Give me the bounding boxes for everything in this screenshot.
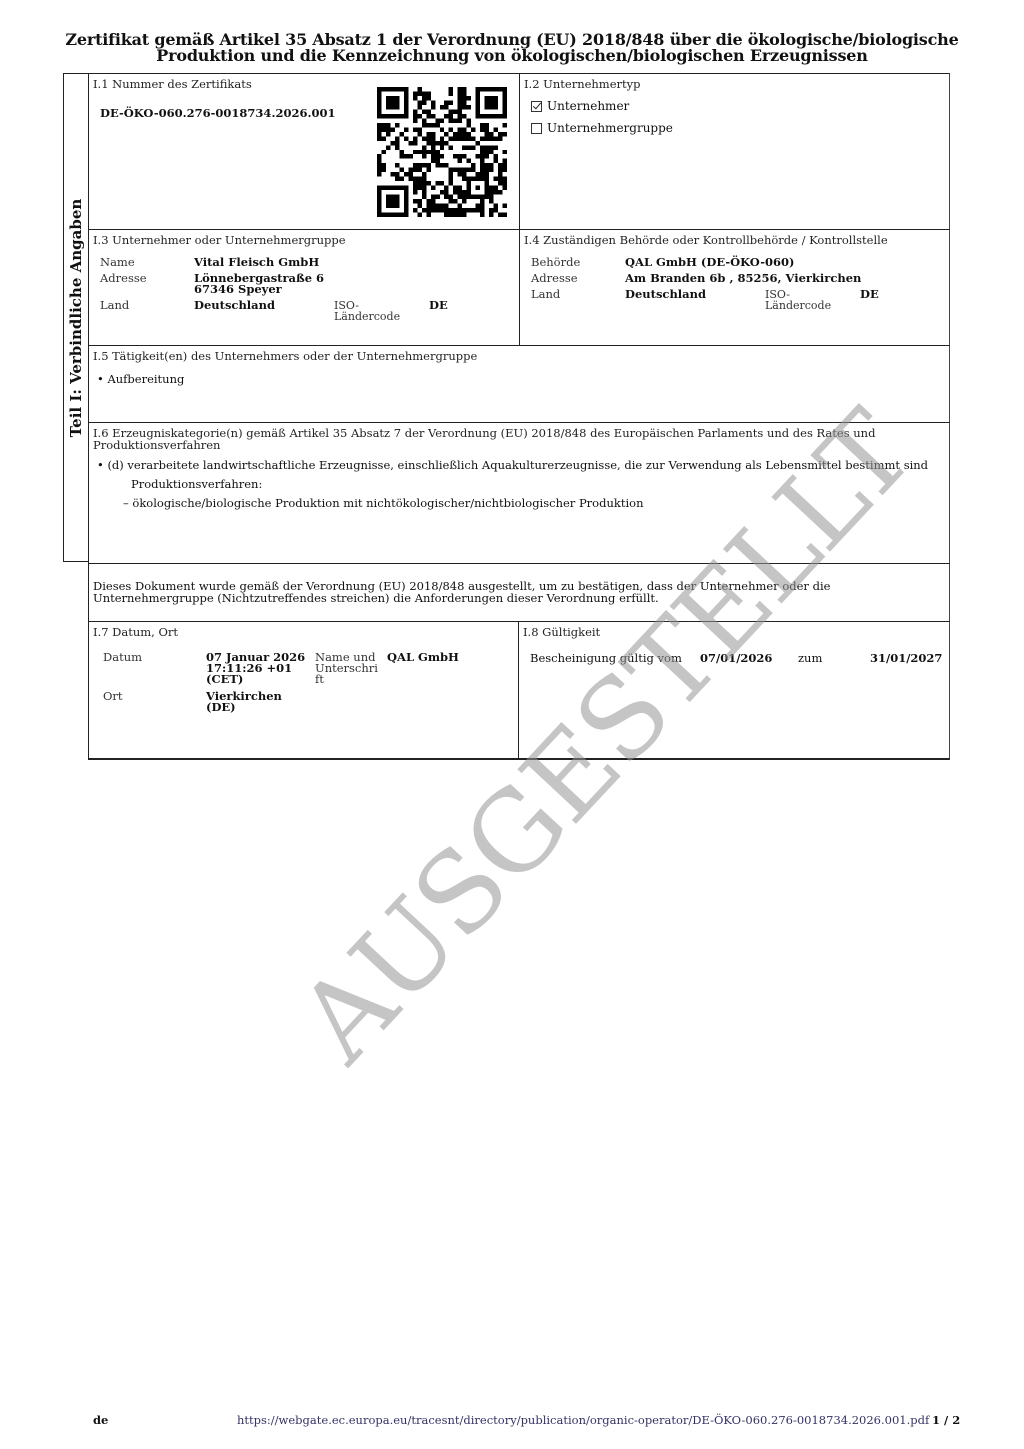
section-date-place: I.7 Datum, Ort Datum 07 Januar 2026 17:1…: [89, 622, 518, 758]
section-heading: I.5 Tätigkeit(en) des Unternehmers oder …: [93, 350, 945, 363]
page-indicator: 1 / 2: [932, 1413, 960, 1427]
production-method-label: Produktionsverfahren:: [131, 478, 945, 491]
country-label: Land: [100, 300, 194, 322]
operator-details: Name Vital Fleisch GmbH Adresse Lönneber…: [100, 257, 515, 322]
address-line-2: 67346 Speyer: [194, 284, 515, 295]
section-heading: I.6 Erzeugniskategorie(n) gemäß Artikel …: [93, 427, 945, 451]
issue-date: 07 Januar 2026 17:11:26 +01 (CET): [206, 652, 315, 685]
option-label: Unternehmer: [547, 99, 629, 113]
footer-url-link[interactable]: https://webgate.ec.europa.eu/tracesnt/di…: [237, 1413, 929, 1427]
operator-name: Vital Fleisch GmbH: [194, 257, 515, 268]
country-label: Land: [531, 289, 625, 311]
date-place-details: Datum 07 Januar 2026 17:11:26 +01 (CET) …: [103, 652, 514, 713]
side-band-label: Teil I: Verbindliche Angaben: [67, 198, 85, 437]
valid-from-date: 07/01/2026: [700, 651, 798, 665]
section-heading: I.8 Gültigkeit: [523, 626, 945, 639]
date-label: Datum: [103, 652, 206, 685]
address-label: Adresse: [100, 273, 194, 295]
option-label: Unternehmergruppe: [547, 121, 673, 135]
row-activities: I.5 Tätigkeit(en) des Unternehmers oder …: [88, 345, 950, 422]
product-category-list: • (d) verarbeitete landwirtschaftliche E…: [97, 459, 945, 510]
qr-code-icon: [377, 87, 507, 217]
validity-period: Bescheinigung gültig vom 07/01/2026 zum …: [530, 651, 945, 665]
checkbox-unchecked-icon: [531, 123, 542, 134]
certificate-table: I.1 Nummer des Zertifikats DE-ÖKO-060.27…: [88, 73, 950, 760]
valid-from-label: Bescheinigung gültig vom: [530, 651, 700, 665]
iso-label: ISO- Ländercode: [334, 300, 429, 322]
section-certificate-number: I.1 Nummer des Zertifikats DE-ÖKO-060.27…: [89, 74, 519, 229]
authority-country: Deutschland: [625, 289, 765, 311]
option-operator-group: Unternehmergruppe: [531, 121, 945, 135]
title-line-2: Produktion und die Kennzeichnung von öko…: [40, 48, 984, 64]
checkbox-checked-icon: [531, 101, 542, 112]
section-product-categories: I.6 Erzeugniskategorie(n) gemäß Artikel …: [89, 423, 949, 563]
operator-address: Lönnebergastraße 6 67346 Speyer: [194, 273, 515, 295]
certificate-statement: Dieses Dokument wurde gemäß der Verordnu…: [89, 564, 949, 621]
section-heading: I.3 Unternehmer oder Unternehmergruppe: [93, 234, 515, 247]
issue-place: Vierkirchen (DE): [206, 691, 514, 713]
row-statement: Dieses Dokument wurde gemäß der Verordnu…: [88, 563, 950, 621]
footer-language: de: [93, 1413, 108, 1427]
row-operator-authority: I.3 Unternehmer oder Unternehmergruppe N…: [88, 229, 950, 345]
option-operator: Unternehmer: [531, 99, 945, 113]
operator-country: Deutschland: [194, 300, 334, 322]
production-method-value: – ökologische/biologische Produktion mit…: [123, 497, 945, 510]
section-operator-type: I.2 Unternehmertyp Unternehmer Unternehm…: [519, 74, 949, 229]
name-label: Name: [100, 257, 194, 268]
activity-item: • Aufbereitung: [97, 373, 945, 386]
authority-iso-code: DE: [860, 289, 945, 311]
signatory: QAL GmbH: [387, 652, 514, 685]
page-title: Zertifikat gemäß Artikel 35 Absatz 1 der…: [40, 32, 984, 64]
section-operator: I.3 Unternehmer oder Unternehmergruppe N…: [89, 230, 519, 345]
section-activities: I.5 Tätigkeit(en) des Unternehmers oder …: [89, 346, 949, 422]
section-heading: I.4 Zuständigen Behörde oder Kontrollbeh…: [524, 234, 945, 247]
operator-iso-code: DE: [429, 300, 515, 322]
row-date-validity: I.7 Datum, Ort Datum 07 Januar 2026 17:1…: [88, 621, 950, 760]
valid-to-label: zum: [798, 651, 870, 665]
section-heading: I.7 Datum, Ort: [93, 626, 514, 639]
section-validity: I.8 Gültigkeit Bescheinigung gültig vom …: [518, 622, 949, 758]
row-certificate-number-type: I.1 Nummer des Zertifikats DE-ÖKO-060.27…: [88, 73, 950, 229]
authority-details: Behörde QAL GmbH (DE-ÖKO-060) Adresse Am…: [531, 257, 945, 311]
place-label: Ort: [103, 691, 206, 713]
address-label: Adresse: [531, 273, 625, 284]
signature-label: Name und Unterschri ft: [315, 652, 387, 685]
product-category: • (d) verarbeitete landwirtschaftliche E…: [97, 459, 945, 472]
authority-address: Am Branden 6b , 85256, Vierkirchen: [625, 273, 945, 284]
section-heading: I.2 Unternehmertyp: [524, 78, 945, 91]
section-authority: I.4 Zuständigen Behörde oder Kontrollbeh…: [519, 230, 949, 345]
authority-label: Behörde: [531, 257, 625, 268]
side-band: Teil I: Verbindliche Angaben: [63, 73, 88, 562]
iso-label: ISO- Ländercode: [765, 289, 860, 311]
authority-name: QAL GmbH (DE-ÖKO-060): [625, 257, 945, 268]
valid-to-date: 31/01/2027: [870, 651, 956, 665]
row-product-categories: I.6 Erzeugniskategorie(n) gemäß Artikel …: [88, 422, 950, 563]
